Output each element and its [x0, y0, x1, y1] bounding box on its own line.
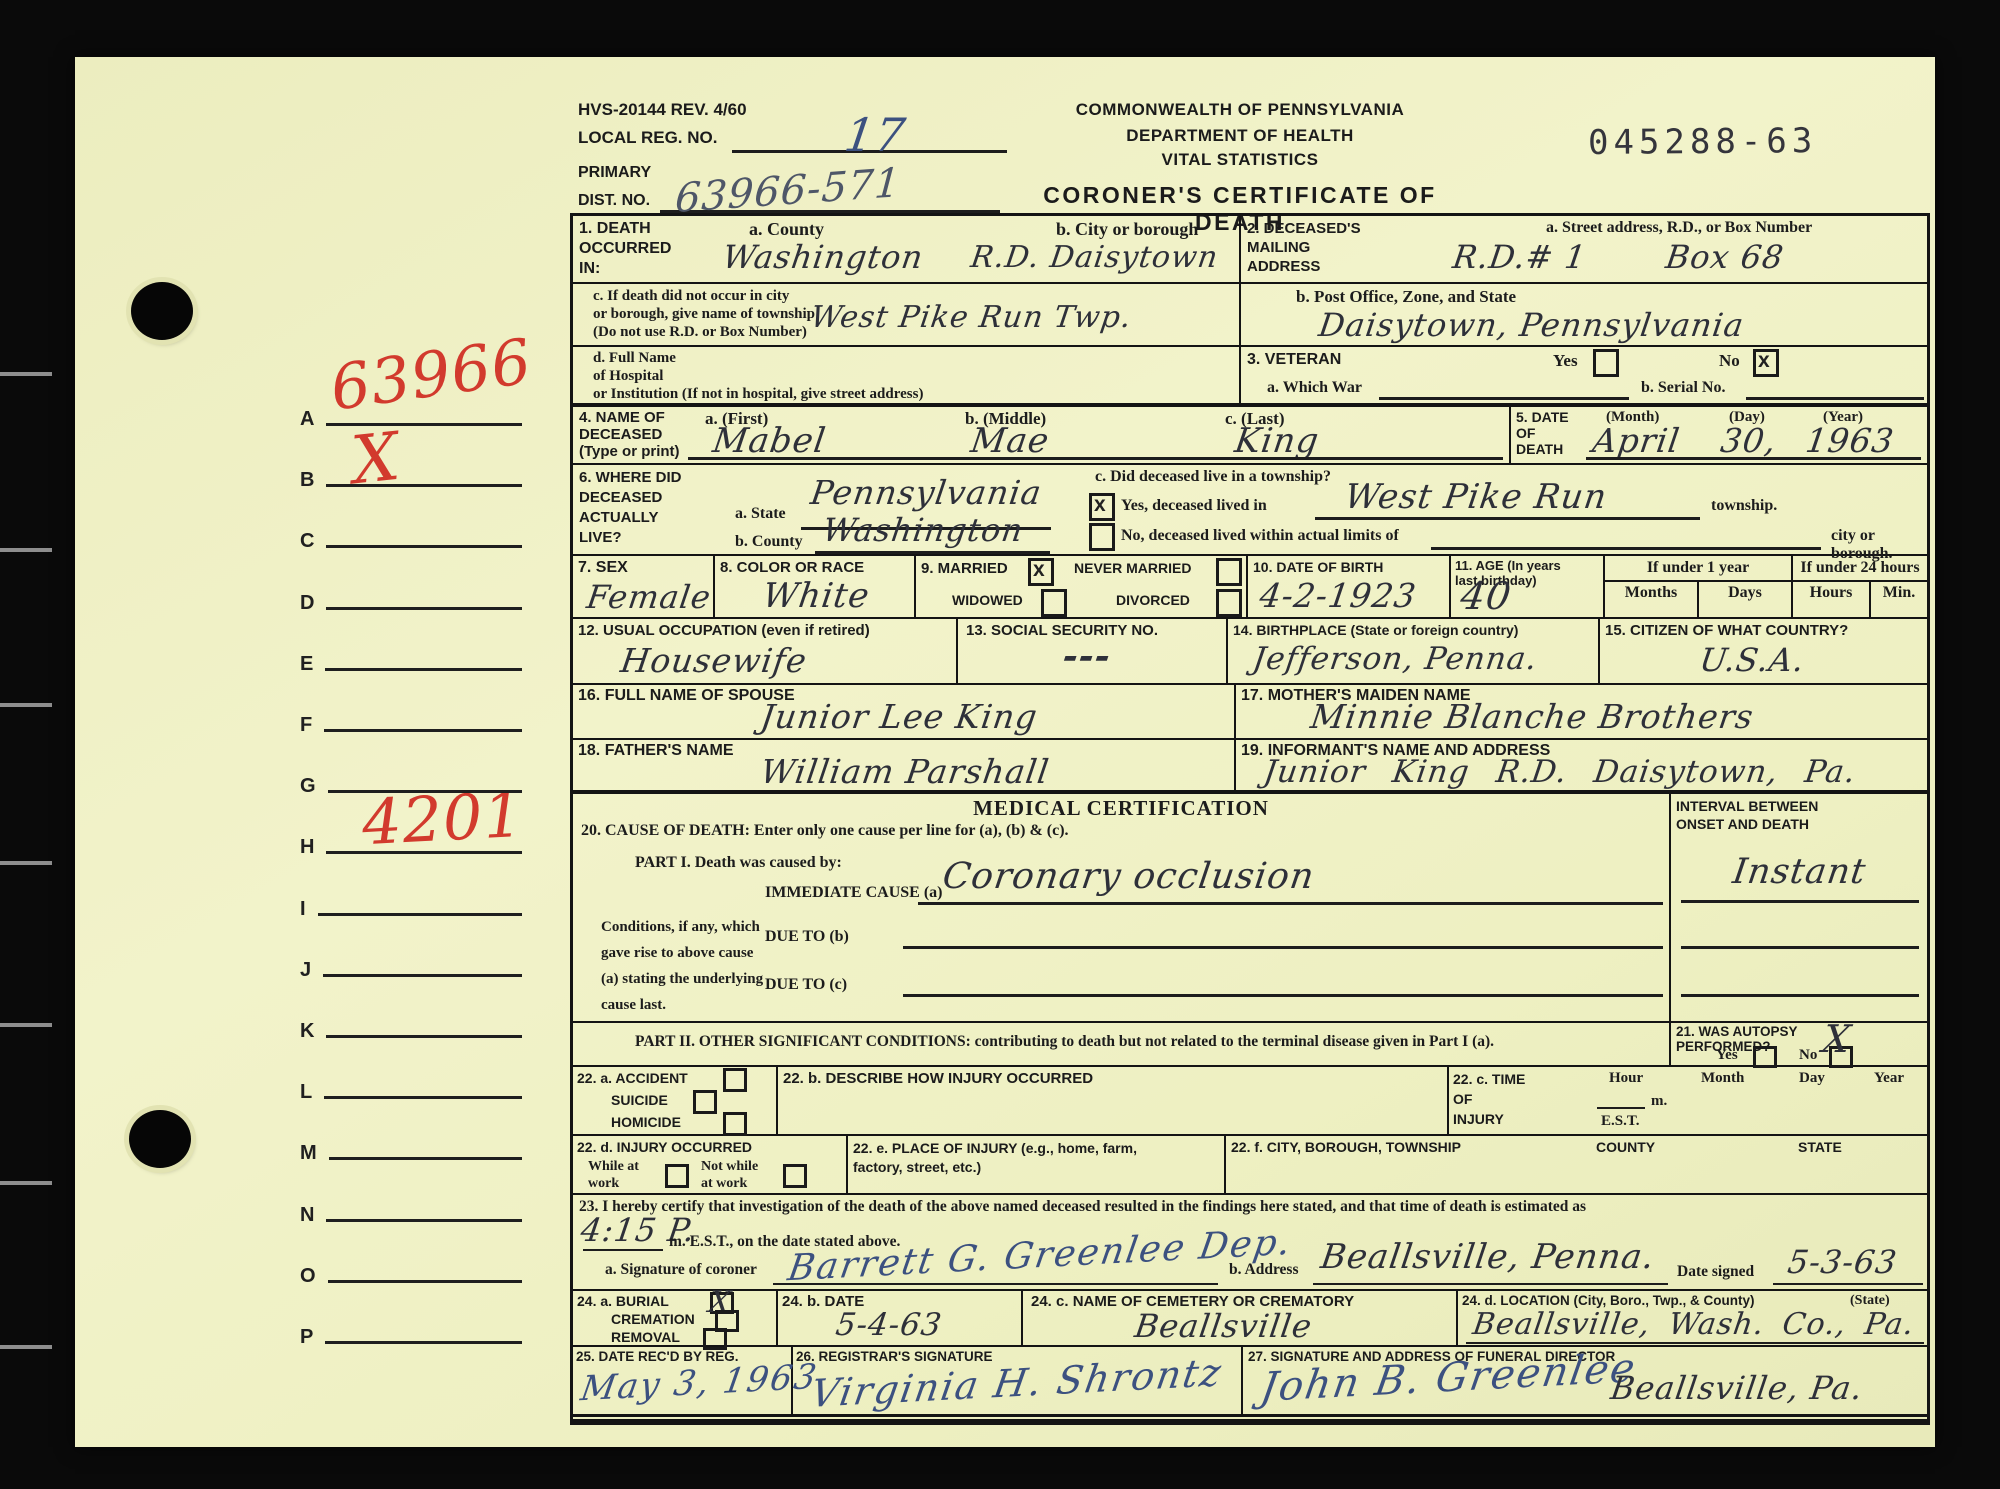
local-reg-label: LOCAL REG. NO.: [578, 128, 717, 148]
divorced-checkbox: [1216, 589, 1242, 617]
cemetery-value: Beallsville: [1132, 1307, 1314, 1345]
scanned-death-certificate: 63966 X 4201 A B C D E F G H I J K L M N…: [0, 0, 2000, 1489]
row-22def: 22. d. INJURY OCCURRED While at work Not…: [573, 1136, 1927, 1195]
margin-line-m: M: [300, 1142, 522, 1165]
field-18-father: 18. FATHER'S NAME William Parshall: [573, 740, 1236, 790]
field-4-name: 4. NAME OF DECEASED (Type or print) a. (…: [573, 407, 1511, 463]
margin-line-e: E: [300, 653, 522, 676]
field-24b-date: 24. b. DATE 5-4-63: [778, 1291, 1023, 1345]
department-line: DEPARTMENT OF HEALTH: [1030, 126, 1450, 146]
veteran-no-checkbox: x: [1753, 349, 1779, 377]
homicide-checkbox: [723, 1112, 747, 1136]
field-23-certify: 23. I hereby certify that investigation …: [573, 1195, 1927, 1289]
spouse-value: Junior Lee King: [758, 697, 1040, 736]
field-22e-place-of-injury: 22. e. PLACE OF INJURY (e.g., home, farm…: [848, 1136, 1226, 1193]
control-number-stamp: 045288-63: [1588, 121, 1818, 163]
row-6: 7. SEX Female 8. COLOR OR RACE White 9. …: [573, 556, 1927, 619]
margin-line-b: B: [300, 469, 522, 492]
lived-in-line: [1315, 517, 1700, 520]
field-14-birthplace: 14. BIRTHPLACE (State or foreign country…: [1228, 619, 1600, 683]
veteran-yes-checkbox: [1593, 349, 1619, 377]
township-no-checkbox: [1089, 523, 1115, 551]
mother-value: Minnie Blanche Brothers: [1308, 697, 1756, 736]
margin-line-k: K: [300, 1020, 522, 1043]
film-mark: [0, 1181, 52, 1185]
age-subgrid: If under 1 year If under 24 hours Months…: [1603, 556, 1927, 617]
row-2: c. If death did not occur in city or bor…: [573, 284, 1927, 347]
punch-hole-top: [131, 282, 193, 340]
field-17-mother: 17. MOTHER'S MAIDEN NAME Minnie Blanche …: [1236, 685, 1927, 738]
row-5: 6. WHERE DID DECEASED ACTUALLY LIVE? a. …: [573, 465, 1927, 556]
burial-date-value: 5-4-63: [833, 1307, 944, 1343]
field-3-veteran: 3. VETERAN Yes No x a. Which War b. Seri…: [1241, 347, 1927, 403]
township-yes-checkbox: x: [1089, 493, 1115, 521]
citizen-value: U.S.A.: [1697, 641, 1807, 679]
serial-no-line: [1746, 397, 1924, 400]
field-2-mailing-address: 2. DECEASED'S MAILING ADDRESS a. Street …: [1241, 216, 1927, 282]
immediate-cause-line: [918, 902, 1663, 905]
while-at-work-checkbox: [665, 1164, 689, 1188]
margin-line-g: G: [300, 775, 522, 798]
residence-county-value: Washington: [820, 511, 1026, 549]
row-22abc: 22. a. ACCIDENT SUICIDE HOMICIDE 22. b. …: [573, 1067, 1927, 1136]
dist-no-label: DIST. NO.: [578, 192, 650, 210]
death-day-value: 30,: [1718, 421, 1779, 460]
coroner-address-value: Beallsville, Penna.: [1318, 1237, 1657, 1277]
commonwealth-line: COMMONWEALTH OF PENNSYLVANIA: [1030, 100, 1450, 120]
due-to-c-line: [903, 994, 1663, 997]
margin-line-a: A: [300, 408, 522, 431]
city-borough-value: R.D. Daisytown: [969, 240, 1221, 275]
street-address-value: R.D.# 1: [1450, 238, 1589, 276]
field-24d-location: 24. d. LOCATION (City, Boro., Twp., & Co…: [1458, 1291, 1927, 1345]
last-name-value: King: [1232, 421, 1322, 461]
margin-line-p: P: [300, 1326, 522, 1349]
father-value: William Parshall: [758, 752, 1052, 791]
field-19-informant: 19. INFORMANT'S NAME AND ADDRESS Junior …: [1236, 740, 1927, 790]
local-reg-value: 17: [841, 108, 909, 162]
field-interval: INTERVAL BETWEEN ONSET AND DEATH Instant: [1671, 794, 1927, 1021]
field-13-ssn: 13. SOCIAL SECURITY NO. ---: [958, 619, 1228, 683]
interval-line-b: [1681, 946, 1919, 949]
punch-hole-bottom: [129, 1110, 191, 1168]
field-25-date-received: 25. DATE REC'D BY REG. May 3, 1963: [573, 1347, 793, 1414]
film-mark: [0, 1345, 52, 1349]
field-2b-post-office: b. Post Office, Zone, and State Daisytow…: [1241, 284, 1927, 345]
interval-line-a: [1681, 900, 1919, 903]
row-part2: PART II. OTHER SIGNIFICANT CONDITIONS: c…: [573, 1023, 1927, 1067]
death-year-value: 1963: [1803, 421, 1896, 460]
field-22f-injury-location: 22. f. CITY, BOROUGH, TOWNSHIP COUNTY ST…: [1226, 1136, 1927, 1193]
field-22b-how-injury: 22. b. DESCRIBE HOW INJURY OCCURRED: [778, 1067, 1449, 1134]
race-value: White: [760, 576, 872, 616]
field-part2-conditions: PART II. OTHER SIGNIFICANT CONDITIONS: c…: [573, 1023, 1671, 1065]
field-20-cause-of-death: MEDICAL CERTIFICATION 20. CAUSE OF DEATH…: [573, 794, 1671, 1021]
autopsy-yes-checkbox: [1753, 1046, 1777, 1068]
film-mark: [0, 703, 52, 707]
state-value: Pennsylvania: [808, 473, 1044, 512]
death-month-value: April: [1590, 421, 1682, 460]
field-24c-cemetery: 24. c. NAME OF CEMETERY OR CREMATORY Bea…: [1023, 1291, 1458, 1345]
birthplace-value: Jefferson, Penna.: [1250, 641, 1539, 677]
row-25-27: 25. DATE REC'D BY REG. May 3, 1963 26. R…: [573, 1347, 1927, 1422]
field-24a-disposition: 24. a. BURIAL X CREMATION REMOVAL: [573, 1291, 778, 1345]
field-16-spouse: 16. FULL NAME OF SPOUSE Junior Lee King: [573, 685, 1236, 738]
field-7-sex: 7. SEX Female: [573, 556, 715, 617]
lived-in-value: West Pike Run: [1342, 477, 1610, 517]
field-1d-hospital: d. Full Name of Hospital or Institution …: [573, 347, 1241, 403]
field-10-dob: 10. DATE OF BIRTH 4-2-1923: [1248, 556, 1451, 617]
time-injury-line: [1597, 1107, 1645, 1109]
sex-value: Female: [584, 578, 713, 616]
county-line: [815, 551, 1050, 554]
box-number-value: Box 68: [1663, 238, 1786, 276]
burial-location-value: Beallsville, Wash. Co., Pa.: [1471, 1307, 1917, 1342]
medical-certification-title: MEDICAL CERTIFICATION: [573, 796, 1669, 821]
field-22c-time-of-injury: 22. c. TIME OF INJURY Hour Month Day Yea…: [1449, 1067, 1927, 1134]
margin-line-i: I: [300, 898, 522, 921]
funeral-director-address: Beallsville, Pa.: [1608, 1369, 1865, 1407]
ssn-value: ---: [1060, 635, 1114, 677]
margin-line-j: J: [300, 959, 522, 982]
row-1: 1. DEATH OCCURRED IN: a. County b. City …: [573, 216, 1927, 284]
limits-line: [1431, 547, 1821, 550]
burial-location-line: [1466, 1342, 1924, 1344]
widowed-checkbox: [1041, 589, 1067, 617]
row-8: 16. FULL NAME OF SPOUSE Junior Lee King …: [573, 685, 1927, 740]
name-line: [688, 457, 1503, 460]
field-5-date-of-death: 5. DATE OF DEATH (Month) (Day) (Year) Ap…: [1511, 407, 1927, 463]
form-number: HVS-20144 REV. 4/60: [578, 100, 747, 120]
date-signed-value: 5-3-63: [1785, 1243, 1899, 1281]
field-11-age: 11. AGE (In years last birthday) 40 If u…: [1451, 556, 1927, 617]
due-to-b-line: [903, 946, 1663, 949]
row-24: 24. a. BURIAL X CREMATION REMOVAL 24. b.…: [573, 1291, 1927, 1347]
occupation-value: Housewife: [618, 641, 809, 680]
age-value: 40: [1458, 574, 1515, 618]
field-21-autopsy: 21. WAS AUTOPSY PERFORMED? Yes No X: [1671, 1023, 1927, 1065]
field-27-funeral-director: 27. SIGNATURE AND ADDRESS OF FUNERAL DIR…: [1243, 1347, 1927, 1414]
county-value: Washington: [720, 238, 926, 276]
township-value: West Pike Run Twp.: [809, 300, 1134, 335]
field-26-registrar: 26. REGISTRAR'S SIGNATURE Virginia H. Sh…: [793, 1347, 1243, 1414]
margin-line-c: C: [300, 530, 522, 553]
middle-name-value: Mae: [968, 421, 1052, 461]
coroner-signature: Barrett G. Greenlee Dep.: [785, 1222, 1295, 1290]
film-mark: [0, 861, 52, 865]
interval-value: Instant: [1730, 852, 1868, 892]
margin-line-o: O: [300, 1265, 522, 1288]
married-mark: x: [1033, 560, 1045, 580]
margin-line-f: F: [300, 714, 522, 737]
field-6-residence: 6. WHERE DID DECEASED ACTUALLY LIVE? a. …: [573, 465, 1927, 554]
row-9: 18. FATHER'S NAME William Parshall 19. I…: [573, 740, 1927, 794]
row-7: 12. USUAL OCCUPATION (even if retired) H…: [573, 619, 1927, 685]
suicide-checkbox: [693, 1090, 717, 1114]
film-mark: [0, 1023, 52, 1027]
certificate-form: 1. DEATH OCCURRED IN: a. County b. City …: [570, 213, 1930, 1425]
field-22a-manner: 22. a. ACCIDENT SUICIDE HOMICIDE: [573, 1067, 778, 1134]
accident-checkbox: [723, 1068, 747, 1092]
dob-value: 4-2-1923: [1257, 576, 1419, 615]
row-4: 4. NAME OF DECEASED (Type or print) a. (…: [573, 407, 1927, 465]
post-office-value: Daisytown, Pennsylvania: [1316, 306, 1746, 344]
film-mark: [0, 372, 52, 376]
field-8-race: 8. COLOR OR RACE White: [715, 556, 916, 617]
first-name-value: Mabel: [710, 421, 828, 461]
married-checkbox: x: [1028, 558, 1054, 586]
informant-value: Junior King R.D. Daisytown, Pa.: [1261, 754, 1858, 790]
field-9-marital: 9. MARRIED x NEVER MARRIED WIDOWED DIVOR…: [916, 556, 1248, 617]
margin-line-n: N: [300, 1204, 522, 1227]
which-war-line: [1379, 397, 1629, 400]
date-signed-line: [1773, 1283, 1923, 1285]
row-23-certification: 23. I hereby certify that investigation …: [573, 1195, 1927, 1291]
not-while-at-work-checkbox: [783, 1164, 807, 1188]
veteran-no-mark: x: [1758, 351, 1770, 371]
date-received-value: May 3, 1963: [578, 1357, 821, 1410]
death-date-line: [1586, 457, 1921, 460]
interval-line-c: [1681, 994, 1919, 997]
film-mark: [0, 548, 52, 552]
field-12-occupation: 12. USUAL OCCUPATION (even if retired) H…: [573, 619, 958, 683]
field-15-citizen: 15. CITIZEN OF WHAT COUNTRY? U.S.A.: [1600, 619, 1927, 683]
coroner-address-line: [1313, 1283, 1668, 1285]
field-22d-injury-occurred: 22. d. INJURY OCCURRED While at work Not…: [573, 1136, 848, 1193]
township-yes-mark: x: [1094, 495, 1106, 515]
never-married-checkbox: [1216, 558, 1242, 586]
margin-line-d: D: [300, 592, 522, 615]
margin-line-l: L: [300, 1081, 522, 1104]
field-1-death-occurred: 1. DEATH OCCURRED IN: a. County b. City …: [573, 216, 1241, 282]
row-3: d. Full Name of Hospital or Institution …: [573, 347, 1927, 407]
time-blank-line: [583, 1249, 663, 1251]
vital-line: VITAL STATISTICS: [1030, 150, 1450, 170]
field-1c-township: c. If death did not occur in city or bor…: [573, 284, 1241, 345]
immediate-cause-value: Coronary occlusion: [940, 856, 1317, 897]
row-medical: MEDICAL CERTIFICATION 20. CAUSE OF DEATH…: [573, 794, 1927, 1023]
coroner-signature-line: [773, 1283, 1218, 1285]
primary-label: PRIMARY: [578, 164, 651, 182]
margin-line-h: H: [300, 836, 522, 859]
